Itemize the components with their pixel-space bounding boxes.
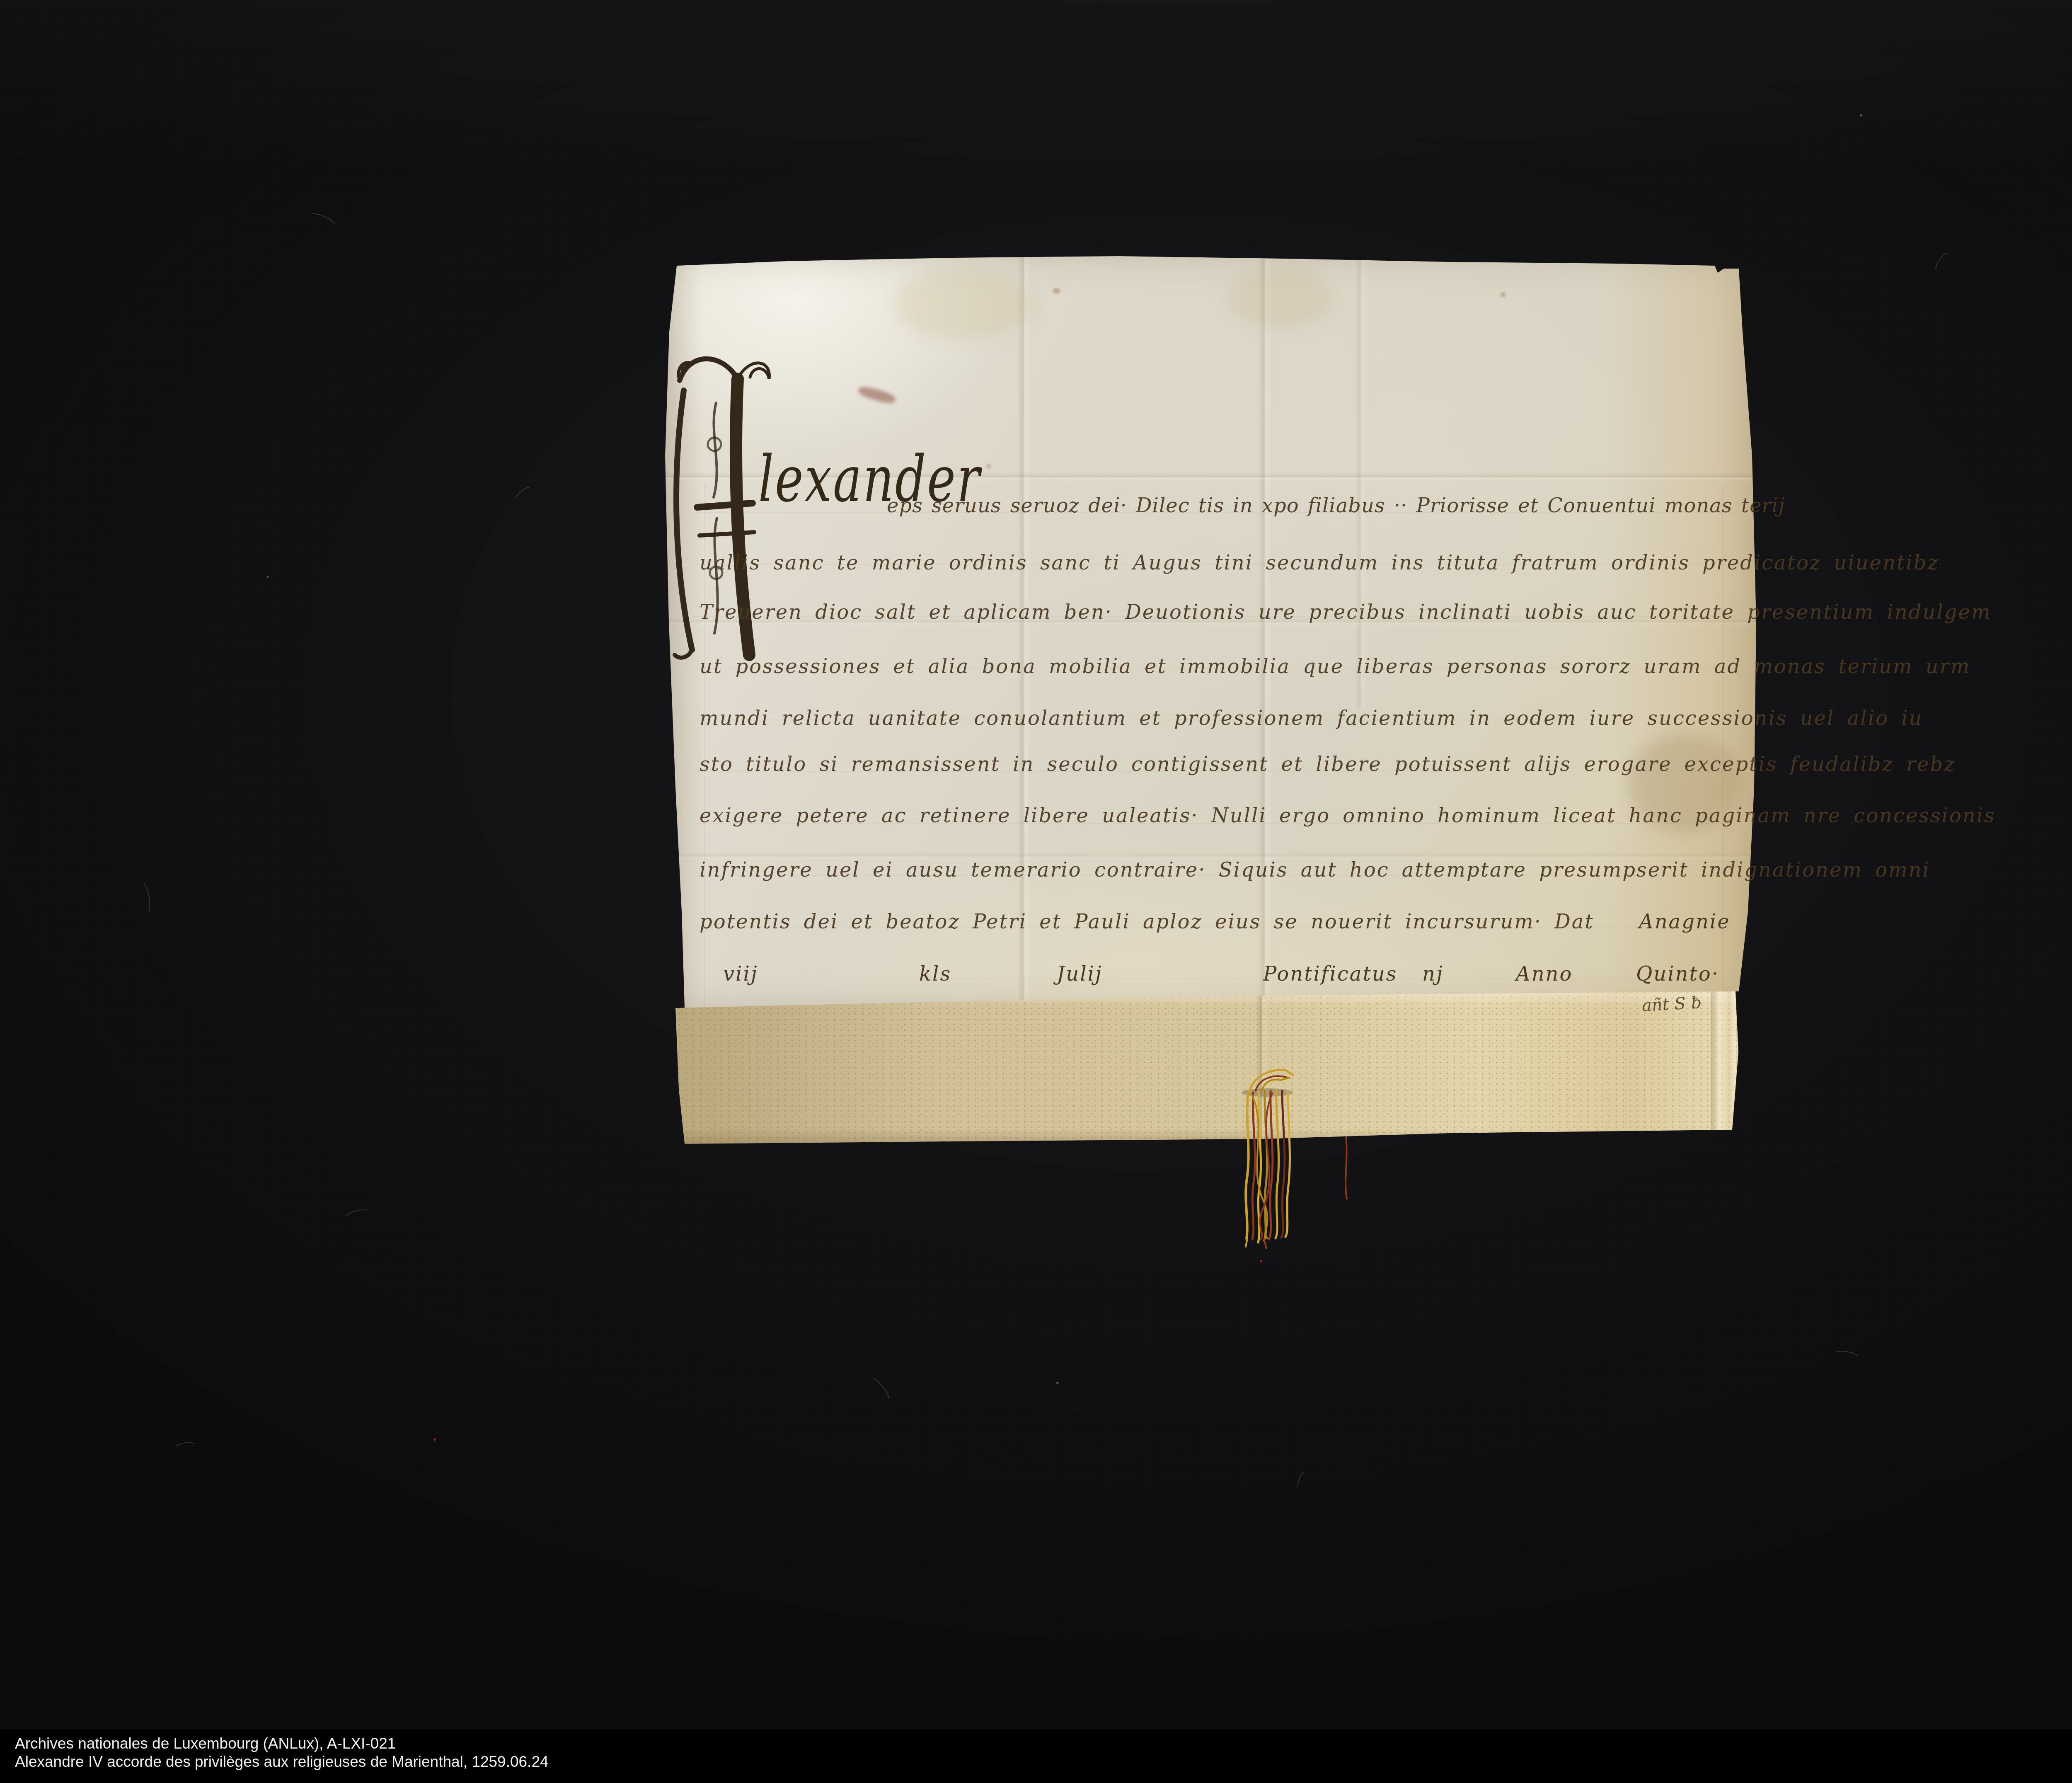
caption-line-2: Alexandre IV accorde des privilèges aux … (15, 1754, 549, 1770)
red-speck (433, 1438, 436, 1441)
parchment-sheet (663, 253, 1761, 1011)
manuscript-line-segment: kls (919, 962, 951, 986)
manuscript-line-segment: Quinto· (1636, 962, 1719, 986)
manuscript-line-segment: Anagnie (1639, 910, 1731, 933)
manuscript-line: eps seruus seruoz dei· Dilec tis in xpo … (887, 494, 1785, 517)
manuscript-line: mundi relicta uanitate conuolantium et p… (700, 707, 1923, 730)
caption-bar: Archives nationales de Luxembourg (ANLux… (0, 1729, 2072, 1783)
manuscript-line-segment: nj (1422, 962, 1444, 986)
plica-right-fold-end (1711, 991, 1736, 1145)
caption-line-1: Archives nationales de Luxembourg (ANLux… (15, 1735, 396, 1752)
manuscript-line: potentis dei et beatoz Petri et Pauli ap… (700, 910, 1594, 933)
manuscript-line-segment: viij (723, 962, 758, 986)
dust-speck (1860, 114, 1862, 116)
manuscript-line-segment: Julij (1057, 962, 1103, 986)
manuscript-line: infringere uel ei ausu temerario contrai… (700, 858, 1930, 882)
manuscript-line: Treueren dioc salt et aplicam ben· Deuot… (700, 601, 1991, 624)
manuscript-line: sto titulo si remansissent in seculo con… (700, 753, 1956, 776)
dust-speck (1056, 1382, 1058, 1384)
plica-fold (655, 990, 1740, 1147)
manuscript-line: exigere petere ac retinere libere ualeat… (700, 804, 1996, 827)
photo-stage: lexander eps seruus seruoz dei· Dilec ti… (0, 0, 2072, 1783)
seal-threads (1222, 1044, 1363, 1268)
manuscript-line-segment: Anno (1516, 962, 1573, 986)
manuscript-line-segment: Pontificatus (1263, 962, 1397, 986)
chancery-note: añt S ƀ (1641, 993, 1702, 1015)
parchment-inner-shadow (663, 253, 1761, 1011)
manuscript-line: ut possessiones et alia bona mobilia et … (700, 655, 1970, 678)
plica-shading (655, 990, 1740, 1147)
manuscript-line: uallis sanc te marie ordinis sanc ti Aug… (700, 551, 1939, 574)
dust-speck (267, 576, 269, 578)
